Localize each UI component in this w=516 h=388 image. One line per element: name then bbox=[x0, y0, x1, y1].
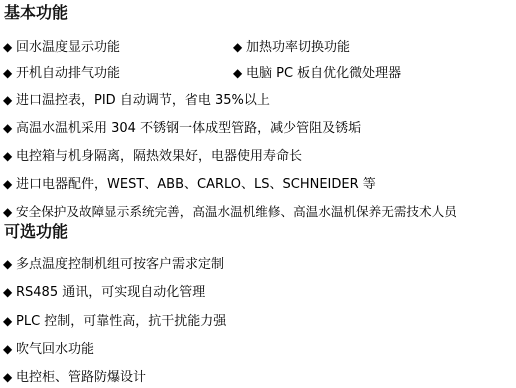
diamond-bullet-icon: ◆ bbox=[3, 204, 16, 220]
list-item: ◆加热功率切换功能 bbox=[233, 39, 350, 56]
diamond-bullet-icon: ◆ bbox=[233, 39, 246, 55]
item-text: 回水温度显示功能 bbox=[16, 40, 120, 55]
diamond-bullet-icon: ◆ bbox=[3, 39, 16, 55]
diamond-bullet-icon: ◆ bbox=[3, 120, 16, 136]
list-item: ◆吹气回水功能 bbox=[3, 341, 94, 358]
diamond-bullet-icon: ◆ bbox=[3, 65, 16, 81]
item-text: 吹气回水功能 bbox=[16, 342, 94, 357]
list-item: ◆RS485 通讯，可实现自动化管理 bbox=[3, 284, 205, 301]
diamond-bullet-icon: ◆ bbox=[3, 148, 16, 164]
diamond-bullet-icon: ◆ bbox=[3, 369, 16, 385]
section-title-optional: 可选功能 bbox=[4, 222, 68, 242]
list-item: ◆电控箱与机身隔离，隔热效果好，电器使用寿命长 bbox=[3, 148, 302, 165]
list-item: ◆PLC 控制，可靠性高，抗干扰能力强 bbox=[3, 313, 226, 330]
item-text: 高温水温机采用 304 不锈钢一体成型管路，减少管阻及锈垢 bbox=[16, 121, 361, 136]
list-item: ◆高温水温机采用 304 不锈钢一体成型管路，减少管阻及锈垢 bbox=[3, 120, 361, 137]
diamond-bullet-icon: ◆ bbox=[3, 284, 16, 300]
list-item: ◆开机自动排气功能 bbox=[3, 65, 120, 82]
diamond-bullet-icon: ◆ bbox=[3, 256, 16, 272]
list-item: ◆进口温控表，PID 自动调节，省电 35%以上 bbox=[3, 92, 270, 109]
item-text: 开机自动排气功能 bbox=[16, 66, 120, 81]
item-text: 进口温控表，PID 自动调节，省电 35%以上 bbox=[16, 93, 270, 108]
item-text: 多点温度控制机组可按客户需求定制 bbox=[16, 257, 224, 272]
list-item: ◆回水温度显示功能 bbox=[3, 39, 120, 56]
list-item: ◆安全保护及故障显示系统完善，高温水温机维修、高温水温机保养无需技术人员 bbox=[3, 204, 457, 221]
list-item: ◆进口电器配件，WEST、ABB、CARLO、LS、SCHNEIDER 等 bbox=[3, 176, 376, 193]
diamond-bullet-icon: ◆ bbox=[3, 92, 16, 108]
item-text: 电脑 PC 板自优化微处理器 bbox=[246, 66, 401, 81]
item-text: 进口电器配件，WEST、ABB、CARLO、LS、SCHNEIDER 等 bbox=[16, 177, 376, 192]
diamond-bullet-icon: ◆ bbox=[3, 341, 16, 357]
list-item: ◆多点温度控制机组可按客户需求定制 bbox=[3, 256, 224, 273]
diamond-bullet-icon: ◆ bbox=[3, 313, 16, 329]
list-item: ◆电脑 PC 板自优化微处理器 bbox=[233, 65, 401, 82]
item-text: 安全保护及故障显示系统完善，高温水温机维修、高温水温机保养无需技术人员 bbox=[16, 204, 457, 219]
diamond-bullet-icon: ◆ bbox=[3, 176, 16, 192]
item-text: 电控柜、管路防爆设计 bbox=[16, 370, 146, 385]
section-title-basic: 基本功能 bbox=[4, 3, 68, 23]
item-text: RS485 通讯，可实现自动化管理 bbox=[16, 285, 205, 300]
list-item: ◆电控柜、管路防爆设计 bbox=[3, 369, 146, 386]
item-text: 电控箱与机身隔离，隔热效果好，电器使用寿命长 bbox=[16, 149, 302, 164]
item-text: PLC 控制，可靠性高，抗干扰能力强 bbox=[16, 314, 226, 329]
diamond-bullet-icon: ◆ bbox=[233, 65, 246, 81]
item-text: 加热功率切换功能 bbox=[246, 40, 350, 55]
